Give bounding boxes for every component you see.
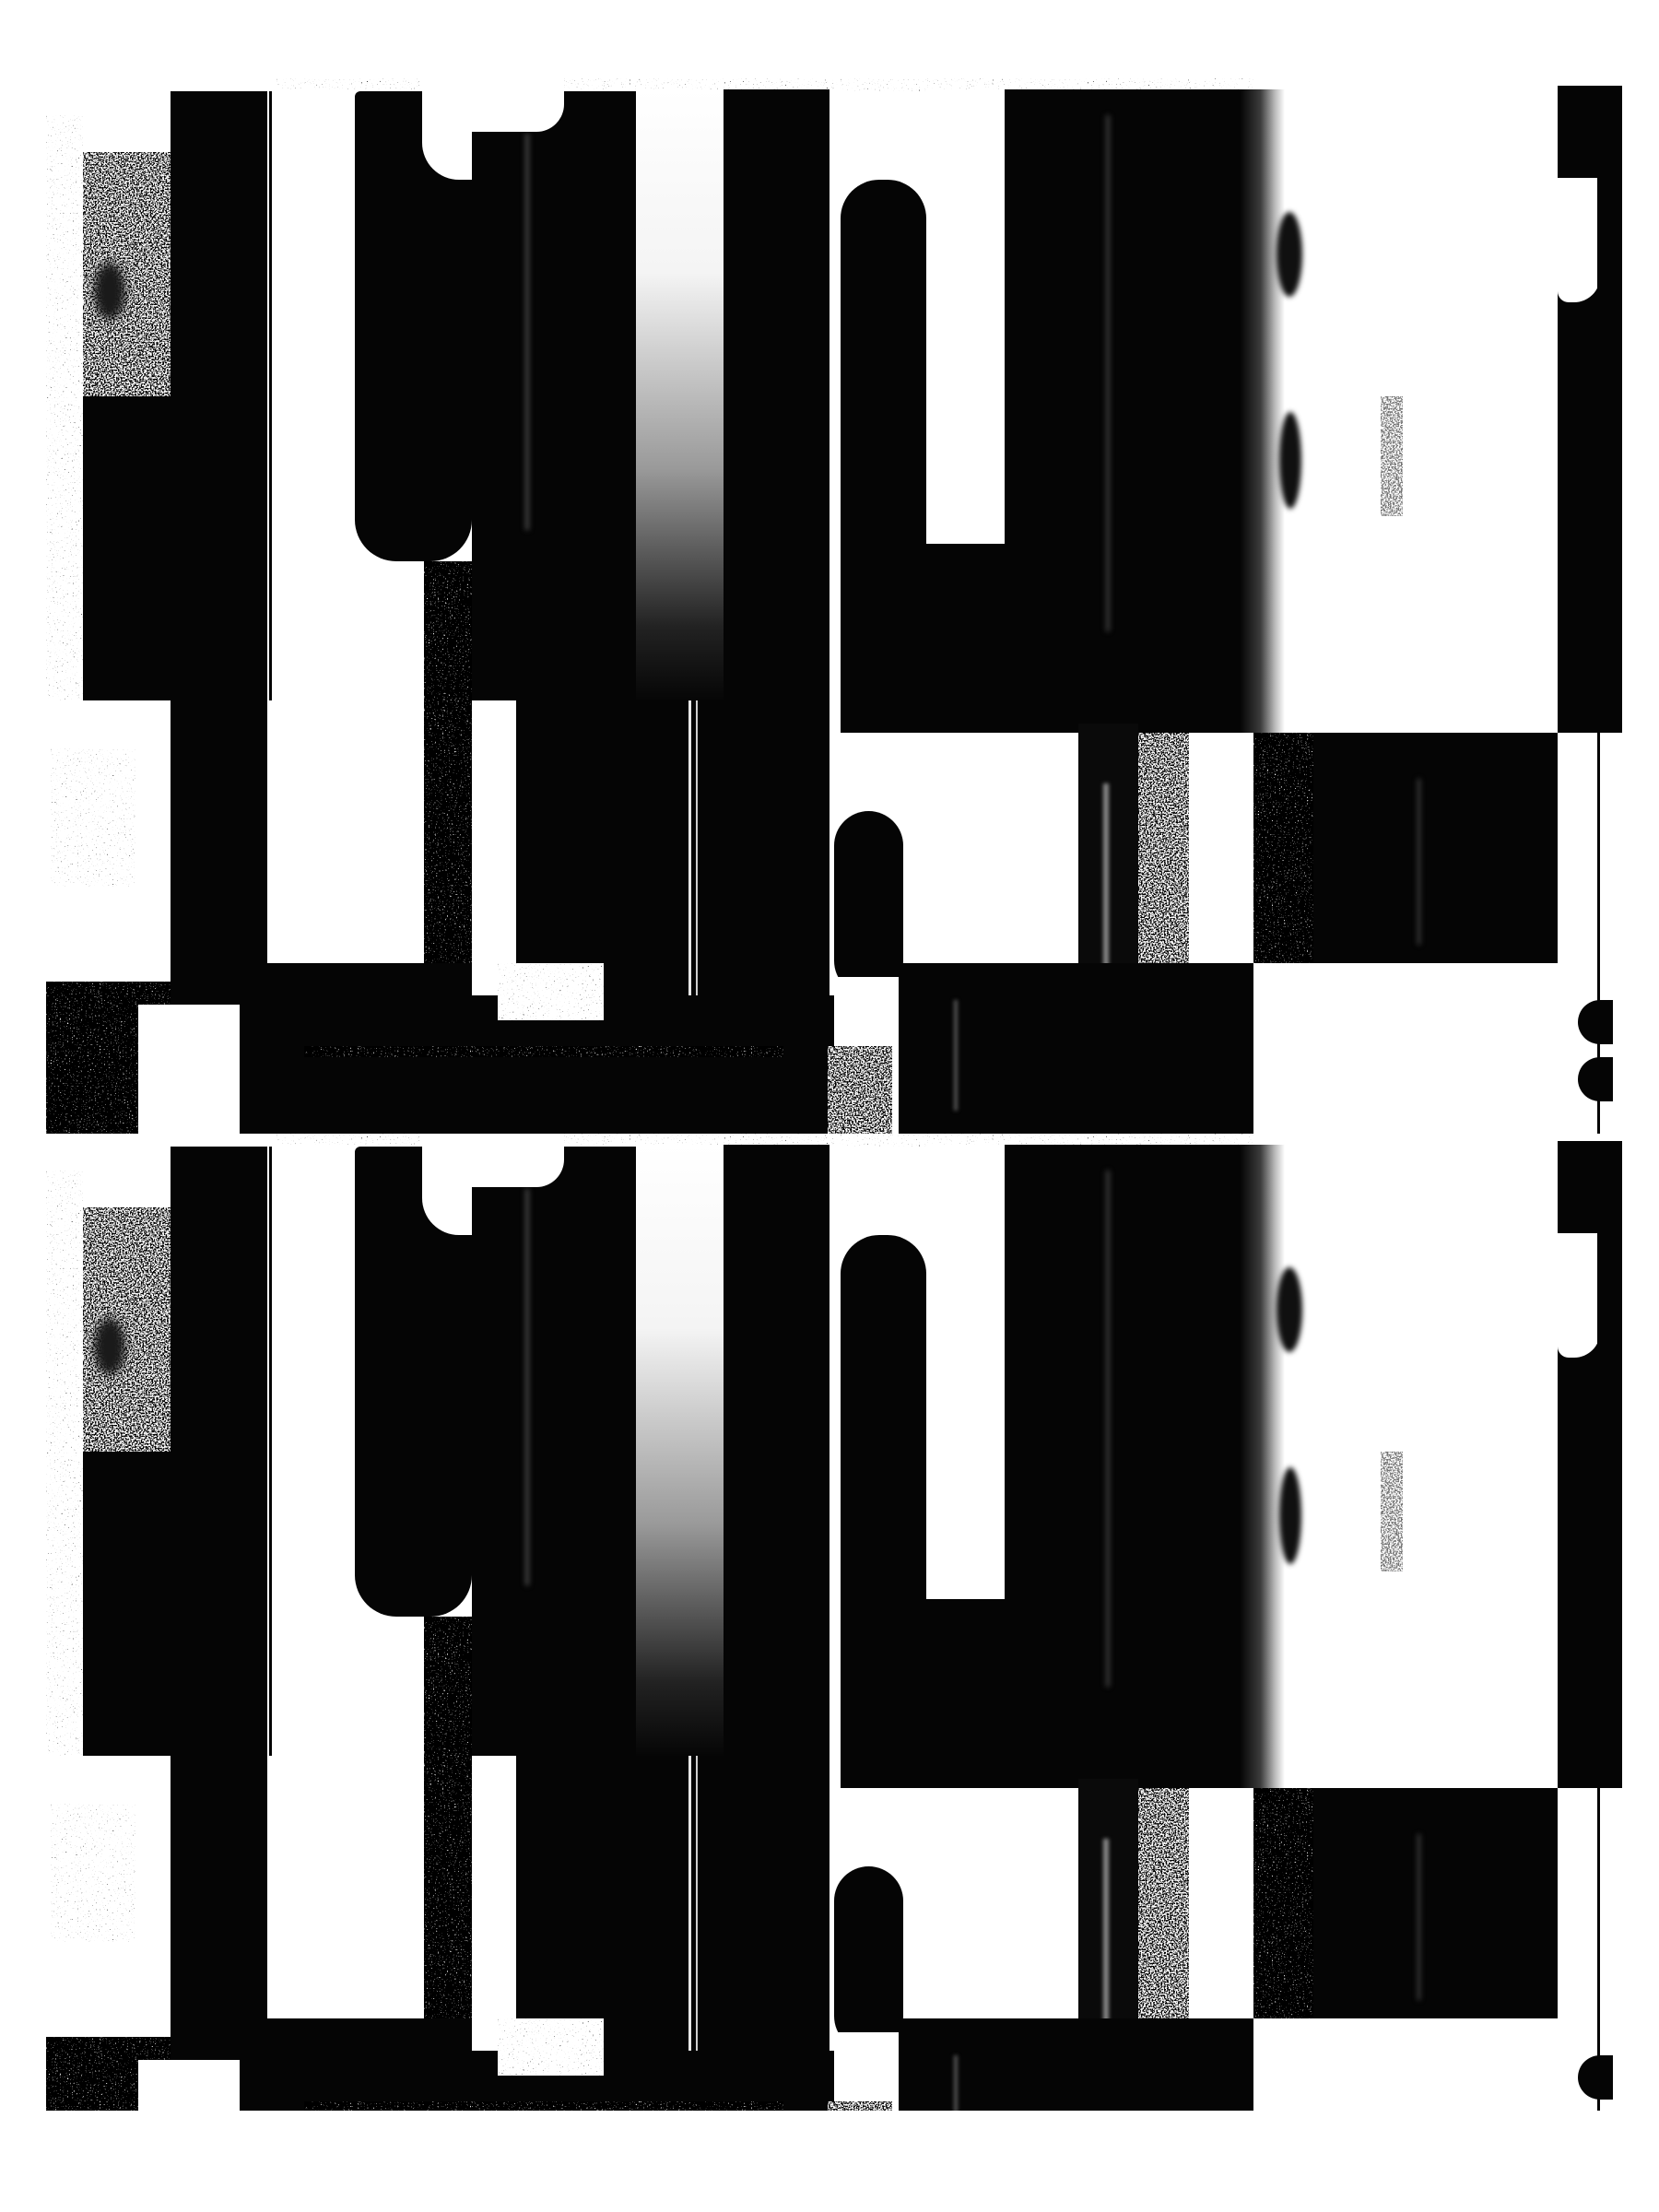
bottom-dither-strip: [304, 2101, 783, 2111]
band3-black-right: [899, 963, 1253, 1134]
band2-dark-column: [1253, 1788, 1313, 2018]
white-tub-blob: [498, 2018, 604, 2076]
portrait-shadow-oval: [94, 263, 125, 320]
band2-black-cell: [1313, 1788, 1558, 2018]
right-edge-white-notch: [1558, 178, 1600, 302]
band2-dither-column: [424, 1617, 472, 2051]
short-black-block: [926, 544, 1005, 733]
band2-white-column-2: [1189, 1788, 1253, 2018]
band3-white-col: [1253, 963, 1313, 1134]
dark-photo-strip: [472, 1147, 636, 1756]
bottom-dither-strip: [304, 1046, 783, 1057]
short-black-block: [926, 1599, 1005, 1788]
black-strip-1: [171, 1147, 267, 2032]
band3-black-right: [899, 2018, 1253, 2111]
band2-white-column: [472, 1756, 516, 2051]
band2-white-column: [472, 700, 516, 995]
portrait-dark-base: [83, 1452, 171, 1756]
light-fade-strip: [636, 1145, 724, 1756]
band2-dither-column: [424, 561, 472, 995]
band3-white-cell: [1313, 963, 1558, 1134]
blob-white-notch: [422, 1134, 472, 1235]
dark-photo-strip: [472, 91, 636, 700]
band2-black-cell: [1313, 733, 1558, 963]
band2-black-streak: [1418, 1834, 1420, 2000]
band2-white-cell: [912, 1788, 1078, 2018]
photo-white-notch: [472, 1134, 564, 1187]
band2-dither-column-2: [1138, 1788, 1189, 2018]
photo-white-notch: [472, 78, 564, 132]
panel-dither-edge: [1241, 1145, 1285, 1793]
rounded-black-column-2: [841, 1235, 926, 1788]
dark-photo-streak: [525, 134, 529, 530]
portrait-dark-base: [83, 396, 171, 700]
light-fade-strip: [636, 89, 724, 700]
band2-dither-column-2: [1138, 733, 1189, 963]
wide-panel-streak: [1106, 1171, 1110, 1687]
band3-speckle-blob: [828, 1046, 892, 1134]
portrait-shadow-oval: [94, 1318, 125, 1375]
band3-black-streak: [954, 2055, 958, 2111]
left-tile-speckle-blob: [51, 1804, 135, 1942]
white-edge-cell: [1558, 963, 1622, 1134]
thin-divider-line-2: [1597, 86, 1600, 1134]
band2-black-streak: [1418, 779, 1420, 945]
band3-white-tile: [138, 2060, 240, 2111]
black-strip-1: [171, 91, 267, 977]
comma-blob-2: [1279, 412, 1301, 509]
collage-bottom-half: [46, 1134, 1622, 2111]
band2-white-strip: [286, 1756, 424, 2051]
scanned-photo-collage-page: [0, 0, 1659, 2212]
faint-speck-patch: [1381, 396, 1403, 516]
comma-blob-1: [1277, 1267, 1302, 1352]
wide-panel-streak: [1106, 115, 1110, 631]
band3-white-cell: [1313, 2018, 1558, 2111]
wide-black-panel: [1005, 1145, 1242, 1793]
thin-divider-line-1: [269, 1147, 272, 1756]
column-speckle-row: [841, 1134, 926, 1147]
left-noise-strip: [46, 1171, 83, 1756]
white-tub-blob: [498, 963, 604, 1020]
band2-dark-column: [1253, 733, 1313, 963]
band2-white-cell: [912, 733, 1078, 963]
thin-divider-line-2: [1597, 1141, 1600, 2111]
rounded-black-column-2: [841, 180, 926, 733]
comma-blob-1: [1277, 212, 1302, 297]
right-edge-white-notch: [1558, 1233, 1600, 1358]
band2-black-blob: [834, 1866, 903, 2051]
column-speckle-row: [841, 78, 926, 91]
band2-black-mid: [516, 700, 724, 995]
band3-black-streak: [954, 1000, 958, 1111]
black-column-1: [724, 1145, 829, 2051]
mid-white-line-1: [688, 1756, 691, 2051]
panel-dither-edge: [1241, 89, 1285, 737]
band3-white-col: [1253, 2018, 1313, 2111]
faint-speck-patch: [1381, 1452, 1403, 1571]
left-noise-strip: [46, 115, 83, 700]
black-column-1: [724, 89, 829, 995]
band2-black-mid: [516, 1756, 724, 2051]
collage-top-half: [46, 78, 1622, 1134]
band3-speckle-blob: [828, 2101, 892, 2111]
band2-black-blob: [834, 811, 903, 995]
dark-photo-streak: [525, 1189, 529, 1585]
band3-white-right: [834, 2032, 899, 2111]
mid-white-line-2: [696, 1756, 698, 2051]
band2-white-strip: [286, 700, 424, 995]
comma-blob-2: [1279, 1467, 1301, 1564]
band3-white-tile: [138, 1005, 240, 1134]
mid-white-line-1: [688, 700, 691, 995]
band2-white-column-2: [1189, 733, 1253, 963]
blob-white-notch: [422, 78, 472, 180]
mid-white-line-2: [696, 700, 698, 995]
left-tile-speckle-blob: [51, 748, 135, 887]
thin-divider-line-1: [269, 91, 272, 700]
wide-black-panel: [1005, 89, 1242, 737]
